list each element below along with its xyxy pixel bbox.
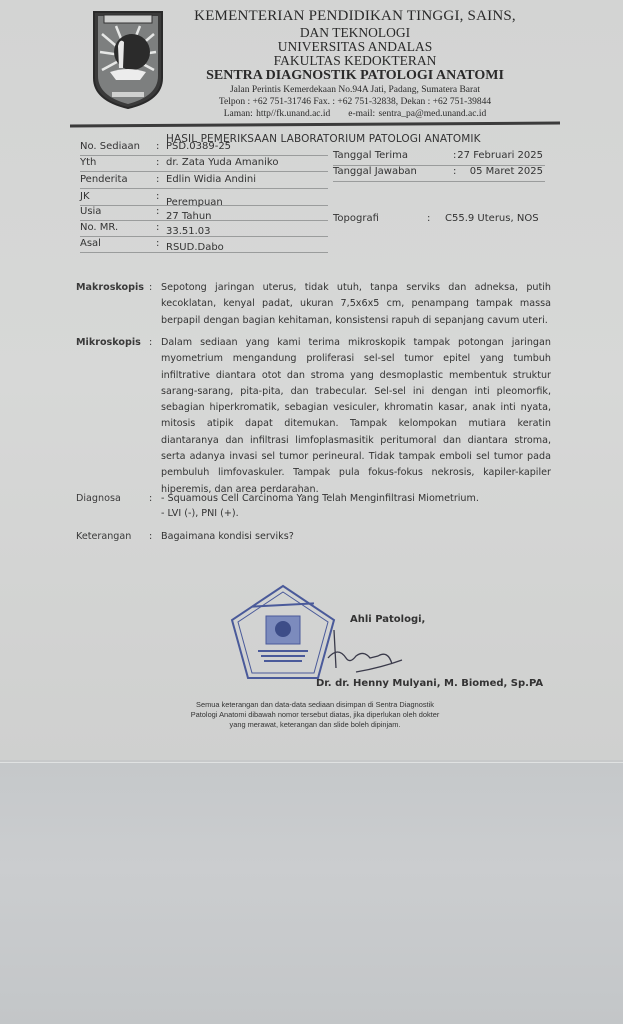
field-jk: JK : Perempuan	[80, 191, 328, 206]
footer-note: Semua keterangan dan data-data sediaan d…	[180, 700, 450, 730]
field-no-mr: No. MR. : 33.51.03	[80, 222, 328, 237]
center-name: SENTRA DIAGNOSTIK PATOLOGI ANATOMI	[170, 68, 540, 84]
field-label: No. MR.	[80, 222, 118, 233]
address: Jalan Perintis Kemerdekaan No.94A Jati, …	[170, 84, 540, 96]
field-value: Edlin Widia Andini	[166, 174, 256, 185]
field-value: 05 Maret 2025	[470, 166, 543, 177]
field-topografi: Topografi : C55.9 Uterus, NOS	[333, 213, 379, 224]
field-yth: Yth : dr. Zata Yuda Amaniko	[80, 157, 328, 172]
field-value: 27 Februari 2025	[457, 150, 543, 161]
section-label: Mikroskopis	[76, 335, 141, 351]
field-value: 33.51.03	[166, 226, 211, 237]
paper-lower-fold	[0, 762, 623, 1024]
field-usia: Usia : 27 Tahun	[80, 206, 328, 221]
field-label: JK	[80, 191, 90, 202]
diagnosis-line: - Squamous Cell Carcinoma Yang Telah Men…	[161, 491, 551, 506]
field-asal: Asal : RSUD.Dabo	[80, 238, 328, 253]
field-label: No. Sediaan	[80, 141, 140, 152]
section-text: - Squamous Cell Carcinoma Yang Telah Men…	[161, 491, 551, 521]
field-penderita: Penderita : Edlin Widia Andini	[80, 174, 328, 189]
diagnosis-line: - LVI (-), PNI (+).	[161, 506, 551, 521]
field-value: dr. Zata Yuda Amaniko	[166, 157, 278, 168]
website-link[interactable]: Laman: http//fk.unand.ac.id	[224, 109, 331, 119]
ministry-line-1: KEMENTERIAN PENDIDIKAN TINGGI, SAINS,	[170, 8, 540, 25]
field-value: PSD.0389-25	[166, 141, 231, 152]
ministry-line-2: DAN TEKNOLOGI	[170, 25, 540, 40]
section-label: Keterangan	[76, 529, 131, 545]
signature-role: Ahli Patologi,	[350, 614, 425, 625]
contact-line: Laman: http//fk.unand.ac.ide-mail: sentr…	[170, 108, 540, 120]
field-label: Asal	[80, 238, 101, 249]
pathologist-name: Dr. dr. Henny Mulyani, M. Biomed, Sp.PA	[316, 678, 543, 689]
field-label: Tanggal Jawaban	[333, 166, 417, 177]
field-label: Usia	[80, 206, 101, 217]
university-name: UNIVERSITAS ANDALAS	[170, 40, 540, 54]
university-crest-icon	[90, 8, 166, 110]
handwritten-signature-icon	[320, 628, 410, 680]
field-label: Penderita	[80, 174, 128, 185]
section-text: Dalam sediaan yang kami terima mikroskop…	[161, 335, 551, 498]
section-text: Sepotong jaringan uterus, tidak utuh, ta…	[161, 280, 551, 329]
field-value: C55.9 Uterus, NOS	[445, 213, 539, 224]
phone-numbers: Telpon : +62 751-31746 Fax. : +62 751-32…	[170, 96, 540, 108]
field-label: Tanggal Terima	[333, 150, 408, 161]
faculty-name: FAKULTAS KEDOKTERAN	[170, 54, 540, 68]
section-label: Makroskopis	[76, 280, 144, 296]
field-label: Yth	[80, 157, 96, 168]
field-tanggal-jawaban: Tanggal Jawaban : 05 Maret 2025	[333, 166, 545, 182]
letterhead: KEMENTERIAN PENDIDIKAN TINGGI, SAINS, DA…	[170, 8, 540, 120]
field-label: Topografi	[333, 213, 379, 224]
field-no-sediaan: No. Sediaan : PSD.0389-25	[80, 141, 328, 156]
field-tanggal-terima: Tanggal Terima : 27 Februari 2025	[333, 150, 545, 166]
section-text: Bagaimana kondisi serviks?	[161, 529, 551, 545]
email-link[interactable]: e-mail: sentra_pa@med.unand.ac.id	[348, 109, 486, 119]
section-label: Diagnosa	[76, 491, 121, 506]
field-value: 27 Tahun	[166, 211, 212, 222]
field-value: RSUD.Dabo	[166, 242, 224, 253]
